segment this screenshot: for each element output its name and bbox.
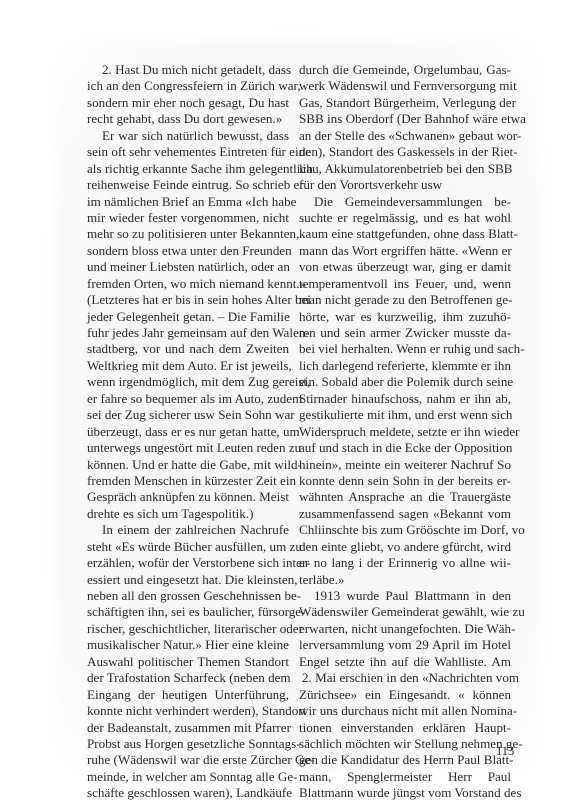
left-column-line: essiert und eingesetzt hat. Die kleinste… [87,572,289,588]
right-column-line: 1913 wurde Paul Blattmann in den [299,588,511,604]
left-column-line: musikalischer Natur.» Hier eine kleine [87,637,289,653]
right-text-column: durch die Gemeinde, Orgelumbau, Gas-werk… [299,62,511,800]
right-column-line: man nicht gerade zu den Betroffenen ge- [299,292,511,308]
left-column-line: Probst aus Horgen gesetzliche Sonntags- [87,736,289,752]
left-column-line: ich an den Congressfeiern in Zürich war, [87,78,289,94]
right-column-line: Gas, Standort Bürgerheim, Verlegung der [299,95,511,111]
left-column-line: im nämlichen Brief an Emma «Ich habe [87,194,289,210]
right-column-line: von etwas überzeugt war, ging er damit [299,259,511,275]
left-column-line: erzählen, wofür der Verstorbene sich int… [87,555,289,571]
right-column-line: SBB ins Oberdorf (Der Bahnhof wäre etwa [299,111,511,127]
right-column-line: zusammenfassend sagen «Bekannt vom [299,506,511,522]
left-column-line: unterwegs ungestört mit Leuten reden zu [87,440,289,456]
left-column-line: sein oft sehr vehementes Eintreten für e… [87,144,289,160]
left-text-column: 2. Hast Du mich nicht getadelt, dassich … [87,62,289,800]
right-column-line: mann, Spenglermeister Herr Paul [299,769,511,785]
page-number: 113 [496,744,514,759]
left-column-line: der Badeanstalt, zusammen mit Pfarrer [87,720,289,736]
right-column-line: kaum eine stattgefunden, ohne dass Blatt… [299,226,511,242]
left-column-line: wenn irgendmöglich, mit dem Zug gereist, [87,374,289,390]
right-column-line: wähnten Ansprache an die Trauergäste [299,489,511,505]
left-column-line: überzeugt, dass er es nur getan hatte, u… [87,424,289,440]
left-column-line: meinde, in welcher am Sonntag alle Ge- [87,769,289,785]
left-column-line: mir wieder fester vorgenommen, nicht [87,210,289,226]
left-column-line: rischer, geschichtlicher, literarischer … [87,621,289,637]
right-column-line: Engel setzte ihn auf die Wahlliste. Am [299,654,511,670]
right-column-line: an der Stelle des «Schwanen» gebaut wor- [299,128,511,144]
right-column-line: für den Vorortsverkehr usw [299,177,511,193]
left-column-line: jeder Gelegenheit getan. – Die Familie [87,309,289,325]
left-column-line: In einem der zahlreichen Nachrufe [87,522,289,538]
right-column-line: lich darlegend referierte, klemmte er ih… [299,358,511,374]
right-column-line: Chliinschte bis zum Grööschte im Dorf, v… [299,522,511,538]
left-column-line: fremden Orten, wo mich niemand kennt.» [87,276,289,292]
left-column-line: als richtig erkannte Sache ihm gelegentl… [87,161,289,177]
left-column-line: (Letzteres hat er bis in sein hohes Alte… [87,292,289,308]
right-column-line: er no lang i der Erinnerig vo allne wii- [299,555,511,571]
right-column-line: Stirnader hinaufschoss, nahm er ihn ab, [299,391,511,407]
right-column-line: sächlich möchten wir Stellung nehmen ge- [299,736,511,752]
right-column-line: den), Standort des Gaskessels in der Rie… [299,144,511,160]
right-column-line: auf und stach in die Ecke der Opposition [299,440,511,456]
right-column-line: hörte, war es kurzweilig, ihm zuzuhö- [299,309,511,325]
left-column-line: 2. Hast Du mich nicht getadelt, dass [87,62,289,78]
right-column-line: durch die Gemeinde, Orgelumbau, Gas- [299,62,511,78]
right-column-line: wir uns durchaus nicht mit allen Nomina- [299,703,511,719]
right-column-line: Zürichsee» ein Eingesandt. « können [299,687,511,703]
left-column-line: recht gehabt, dass Du dort gewesen.» [87,111,289,127]
left-column-line: können. Und er hatte die Gabe, mit wild- [87,457,289,473]
left-column-line: mehr so zu politisieren unter Bekannten, [87,226,289,242]
left-column-line: drehte es sich um Tagespolitik.) [87,506,289,522]
left-column-line: fuhr jedes Jahr gemeinsam auf den Walen- [87,325,289,341]
left-column-line: Gespräch anknüpfen zu können. Meist [87,489,289,505]
right-column-line: ein. Sobald aber die Polemik durch seine [299,374,511,390]
right-column-line: lerversammlung vom 29 April im Hotel [299,637,511,653]
left-column-line: und meiner Liebsten natürlich, oder an [87,259,289,275]
right-column-line: werk Wädenswil und Fernversorgung mit [299,78,511,94]
left-column-line: Weltkrieg mit dem Auto. Er ist jeweils, [87,358,289,374]
right-column-line: mann das Wort ergriffen hätte. «Wenn er [299,243,511,259]
left-column-line: ruhe (Wädenswil war die erste Zürcher Ge… [87,752,289,768]
right-column-line: bei viel herhalten. Wenn er ruhig und sa… [299,341,511,357]
right-column-line: Die Gemeindeversammlungen be- [299,194,511,210]
right-column-line: den einte gliebt, vo andere gfürcht, wir… [299,539,511,555]
left-column-line: sondern bloss etwa unter den Freunden [87,243,289,259]
right-column-line: tionen einverstanden erklären Haupt- [299,720,511,736]
right-column-line: ren und sein armer Zwicker musste da- [299,325,511,341]
left-column-line: Er war sich natürlich bewusst, dass [87,128,289,144]
left-column-line: schäfte geschlossen waren), Landkäufe [87,785,289,800]
left-column-line: steht «Es würde Bücher ausfüllen, um zu [87,539,289,555]
left-column-line: fremden Menschen in kürzester Zeit ein [87,473,289,489]
left-column-line: sei der Zug sicherer usw Sein Sohn war [87,407,289,423]
left-column-line: sondern mir eher noch gesagt, Du hast [87,95,289,111]
left-column-line: Eingang der heutigen Unterführung, [87,687,289,703]
left-column-line: stadtberg, vor und nach dem Zweiten [87,341,289,357]
right-column-line: konnte denn sein Sohn in der bereits er- [299,473,511,489]
right-column-line: gestikulierte mit ihm, und erst wenn sic… [299,407,511,423]
right-column-line: gen die Kandidatur des Herrn Paul Blatt- [299,752,511,768]
right-column-line: Widerspruch meldete, setzte er ihn wiede… [299,424,511,440]
left-column-line: konnte nicht verhindert werden), Standor… [87,703,289,719]
left-column-line: reihenweise Feinde eintrug. So schrieb e… [87,177,289,193]
left-column-line: schäftigten ihn, sei es baulicher, fürso… [87,604,289,620]
right-column-line: 2. Mai erschien in den «Nachrichten vom [299,670,511,686]
right-column-line: terläbe.» [299,572,511,588]
left-column-line: der Trafostation Scharfeck (neben dem [87,670,289,686]
right-column-line: temperamentvoll ins Feuer, und, wenn [299,276,511,292]
right-column-line: Wädenswiler Gemeinderat gewählt, wie zu [299,604,511,620]
right-column-line: suchte er regelmässig, und es hat wohl [299,210,511,226]
right-column-line: hinein», meinte ein weiterer Nachruf So [299,457,511,473]
right-column-line: Blattmann wurde jüngst vom Vorstand des [299,785,511,800]
right-column-line: liau, Akkumulatorenbetrieb bei den SBB [299,161,511,177]
left-column-line: neben all den grossen Geschehnissen be- [87,588,289,604]
left-column-line: Auswahl politischer Themen Standort [87,654,289,670]
right-column-line: erwarten, nicht unangefochten. Die Wäh- [299,621,511,637]
left-column-line: er fahre so bequemer als im Auto, zudem [87,391,289,407]
